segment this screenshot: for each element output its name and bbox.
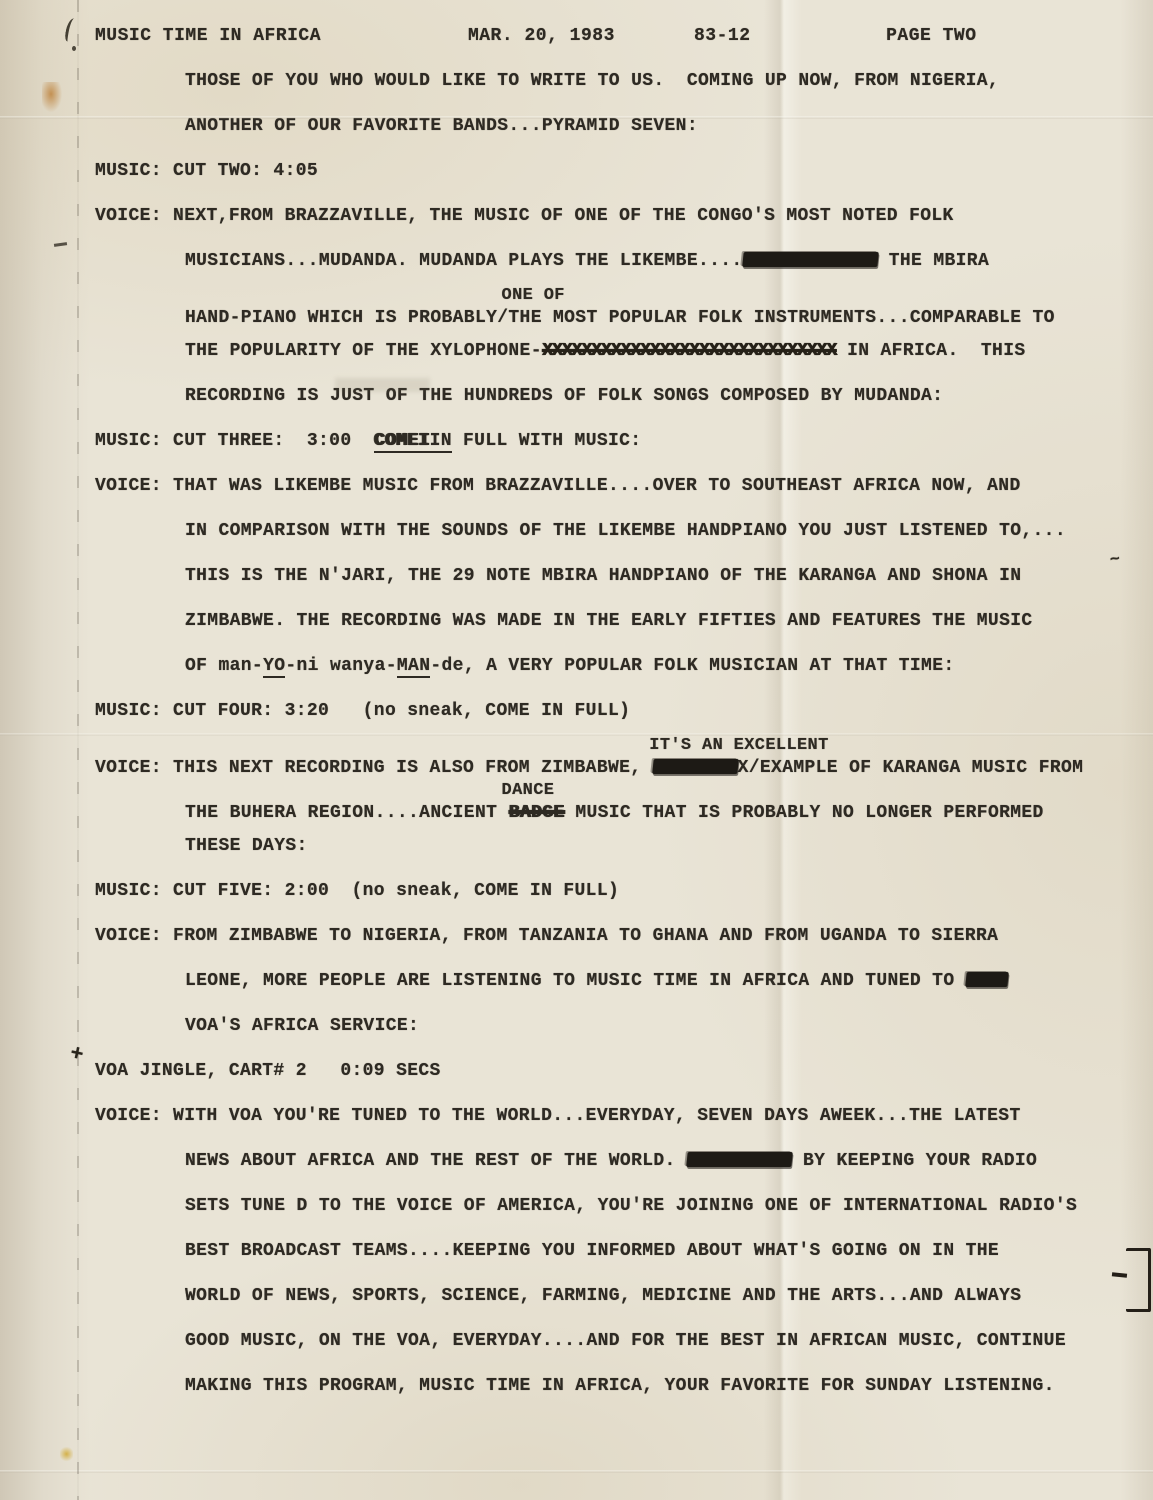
struck-word: BADGE [508,803,564,823]
script-line: THE POPULARITY OF THE XYLOPHONE-XXXXXXXX… [95,329,1153,374]
text-segment: FULL WITH MUSIC: [452,431,642,451]
text-segment: MUSIC THAT IS PROBABLY NO LONGER PERFORM… [564,803,1044,823]
script-line: IT'S AN EXCELLENT [95,734,1153,757]
script-line: DANCE [95,779,1153,802]
text-segment: MUSIC: CUT FOUR: 3:20 (no sneak, COME IN… [95,701,630,721]
redaction-mark [965,972,1009,987]
text-segment: IN AFRICA. THIS [836,341,1026,361]
script-line: NEWS ABOUT AFRICA AND THE REST OF THE WO… [95,1139,1153,1184]
script-line: ZIMBABWE. THE RECORDING WAS MADE IN THE … [95,599,1153,644]
script-line: THOSE OF YOU WHO WOULD LIKE TO WRITE TO … [95,59,1153,104]
text-segment: BEST BROADCAST TEAMS....KEEPING YOU INFO… [185,1241,999,1261]
pen-dash-mark [54,242,67,247]
text-segment: ONE OF [185,286,565,305]
script-line: IN COMPARISON WITH THE SOUNDS OF THE LIK… [95,509,1153,554]
text-segment: NEWS ABOUT AFRICA AND THE REST OF THE WO… [185,1151,687,1171]
script-line: OF man-YO-ni wanya-MAN-de, A VERY POPULA… [95,644,1153,689]
text-segment: MAKING THIS PROGRAM, MUSIC TIME IN AFRIC… [185,1376,1055,1396]
text-segment: -de, A VERY POPULAR FOLK MUSICIAN AT THA… [430,656,954,676]
crossed-out-text: XXXXXXXXXXXXXXXXXXXXXXXXXXXXXX [542,341,836,361]
script-line: VOA JINGLE, CART# 2 0:09 SECS [95,1049,1153,1094]
script-line: WORLD OF NEWS, SPORTS, SCIENCE, FARMING,… [95,1274,1153,1319]
text-segment: ZIMBABWE. THE RECORDING WAS MADE IN THE … [185,611,1033,631]
script-line: VOA'S AFRICA SERVICE: [95,1004,1153,1049]
script-line: BEST BROADCAST TEAMS....KEEPING YOU INFO… [95,1229,1153,1274]
text-segment: VOICE: FROM ZIMBABWE TO NIGERIA, FROM TA… [95,926,998,946]
overstruck-text: COMEI [374,431,430,453]
text-segment: GOOD MUSIC, ON THE VOA, EVERYDAY....AND … [185,1331,1066,1351]
script-line: MUSIC: CUT FIVE: 2:00 (no sneak, COME IN… [95,869,1153,914]
script-line: THE BUHERA REGION....ANCIENT BADGE MUSIC… [95,802,1153,824]
redaction-mark [742,252,879,267]
ink-smudge [335,378,430,392]
text-segment: HAND-PIANO WHICH IS PROBABLY/THE MOST PO… [185,308,1055,328]
script-line: MUSICIANS...MUDANDA. MUDANDA PLAYS THE L… [95,239,1153,284]
text-segment: MUSICIANS...MUDANDA. MUDANDA PLAYS THE L… [185,251,743,271]
pen-plus-mark: + [68,1043,86,1067]
script-line: ANOTHER OF OUR FAVORITE BANDS...PYRAMID … [95,104,1153,149]
pen-dot-mark [72,46,76,51]
text-segment: MUSIC TIME IN AFRICA MAR. 20, 1983 83-12… [95,26,977,46]
text-segment: RECORDING IS JUST OF THE HUNDREDS OF FOL… [185,386,943,406]
paper-crease [0,1470,1153,1473]
text-segment: LEONE, MORE PEOPLE ARE LISTENING TO MUSI… [185,971,966,991]
text-segment: WORLD OF NEWS, SPORTS, SCIENCE, FARMING,… [185,1286,1021,1306]
text-segment: IT'S AN EXCELLENT [185,736,829,755]
text-segment: THE BUHERA REGION....ANCIENT [185,803,508,823]
script-line: MUSIC: CUT FOUR: 3:20 (no sneak, COME IN… [95,689,1153,734]
script-line: GOOD MUSIC, ON THE VOA, EVERYDAY....AND … [95,1319,1153,1364]
pen-squiggle-mark [64,17,78,42]
script-line: MUSIC TIME IN AFRICA MAR. 20, 1983 83-12… [95,14,1153,59]
script-line: THESE DAYS: [95,824,1153,869]
text-segment: THOSE OF YOU WHO WOULD LIKE TO WRITE TO … [185,71,999,91]
yellow-stain [60,1446,73,1462]
text-segment: THESE DAYS: [185,836,308,856]
script-line: LEONE, MORE PEOPLE ARE LISTENING TO MUSI… [95,959,1153,1004]
orange-stain [42,82,62,112]
script-line: MUSIC: CUT TWO: 4:05 [95,149,1153,194]
text-segment: -ni wanya- [285,656,397,676]
script-line: VOICE: THIS NEXT RECORDING IS ALSO FROM … [95,757,1153,779]
script-line: THIS IS THE N'JARI, THE 29 NOTE MBIRA HA… [95,554,1153,599]
text-segment: IN COMPARISON WITH THE SOUNDS OF THE LIK… [185,521,1066,541]
text-segment: THE MBIRA [878,251,990,271]
text-segment: BY KEEPING YOUR RADIO [792,1151,1037,1171]
underlined-text: MAN [397,656,430,678]
text-segment: X/EXAMPLE OF KARANGA MUSIC FROM [738,758,1084,778]
text-segment: VOICE: THAT WAS LIKEMBE MUSIC FROM BRAZZ… [95,476,1021,496]
script-line: MUSIC: CUT THREE: 3:00 COMEIIN FULL WITH… [95,419,1153,464]
script-line: VOICE: WITH VOA YOU'RE TUNED TO THE WORL… [95,1094,1153,1139]
text-segment: MUSIC: CUT TWO: 4:05 [95,161,318,181]
text-segment: VOICE: THIS NEXT RECORDING IS ALSO FROM … [95,758,653,778]
text-segment: MUSIC: CUT THREE: 3:00 [95,431,374,451]
script-line: VOICE: THAT WAS LIKEMBE MUSIC FROM BRAZZ… [95,464,1153,509]
typewritten-page: MUSIC TIME IN AFRICA MAR. 20, 1983 83-12… [0,0,1153,1500]
text-segment: ANOTHER OF OUR FAVORITE BANDS...PYRAMID … [185,116,698,136]
script-line: MAKING THIS PROGRAM, MUSIC TIME IN AFRIC… [95,1364,1153,1409]
pen-bracket-mark [1126,1248,1151,1312]
text-segment: VOA'S AFRICA SERVICE: [185,1016,419,1036]
text-segment: VOICE: NEXT,FROM BRAZZAVILLE, THE MUSIC … [95,206,954,226]
underlined-text: YO [263,656,285,678]
text-segment: OF man- [185,656,263,676]
redaction-mark [686,1152,793,1167]
text-segment: DANCE [185,781,554,800]
text-segment: VOA JINGLE, CART# 2 0:09 SECS [95,1061,441,1081]
script-document: MUSIC TIME IN AFRICA MAR. 20, 1983 83-12… [95,14,1153,1409]
script-line: RECORDING IS JUST OF THE HUNDREDS OF FOL… [95,374,1153,419]
text-segment: SETS TUNE D TO THE VOICE OF AMERICA, YOU… [185,1196,1077,1216]
text-segment: MUSIC: CUT FIVE: 2:00 (no sneak, COME IN… [95,881,619,901]
script-line: VOICE: NEXT,FROM BRAZZAVILLE, THE MUSIC … [95,194,1153,239]
left-fold-crease [77,0,79,1500]
script-line: HAND-PIANO WHICH IS PROBABLY/THE MOST PO… [95,307,1153,329]
underlined-text: IN [430,431,452,453]
script-line: ONE OF [95,284,1153,307]
script-line: VOICE: FROM ZIMBABWE TO NIGERIA, FROM TA… [95,914,1153,959]
text-segment: VOICE: WITH VOA YOU'RE TUNED TO THE WORL… [95,1106,1021,1126]
text-segment: THIS IS THE N'JARI, THE 29 NOTE MBIRA HA… [185,566,1021,586]
script-line: SETS TUNE D TO THE VOICE OF AMERICA, YOU… [95,1184,1153,1229]
text-segment: THE POPULARITY OF THE XYLOPHONE- [185,341,542,361]
pen-tilde-mark: ~ [1109,551,1122,570]
redaction-mark [652,759,739,774]
